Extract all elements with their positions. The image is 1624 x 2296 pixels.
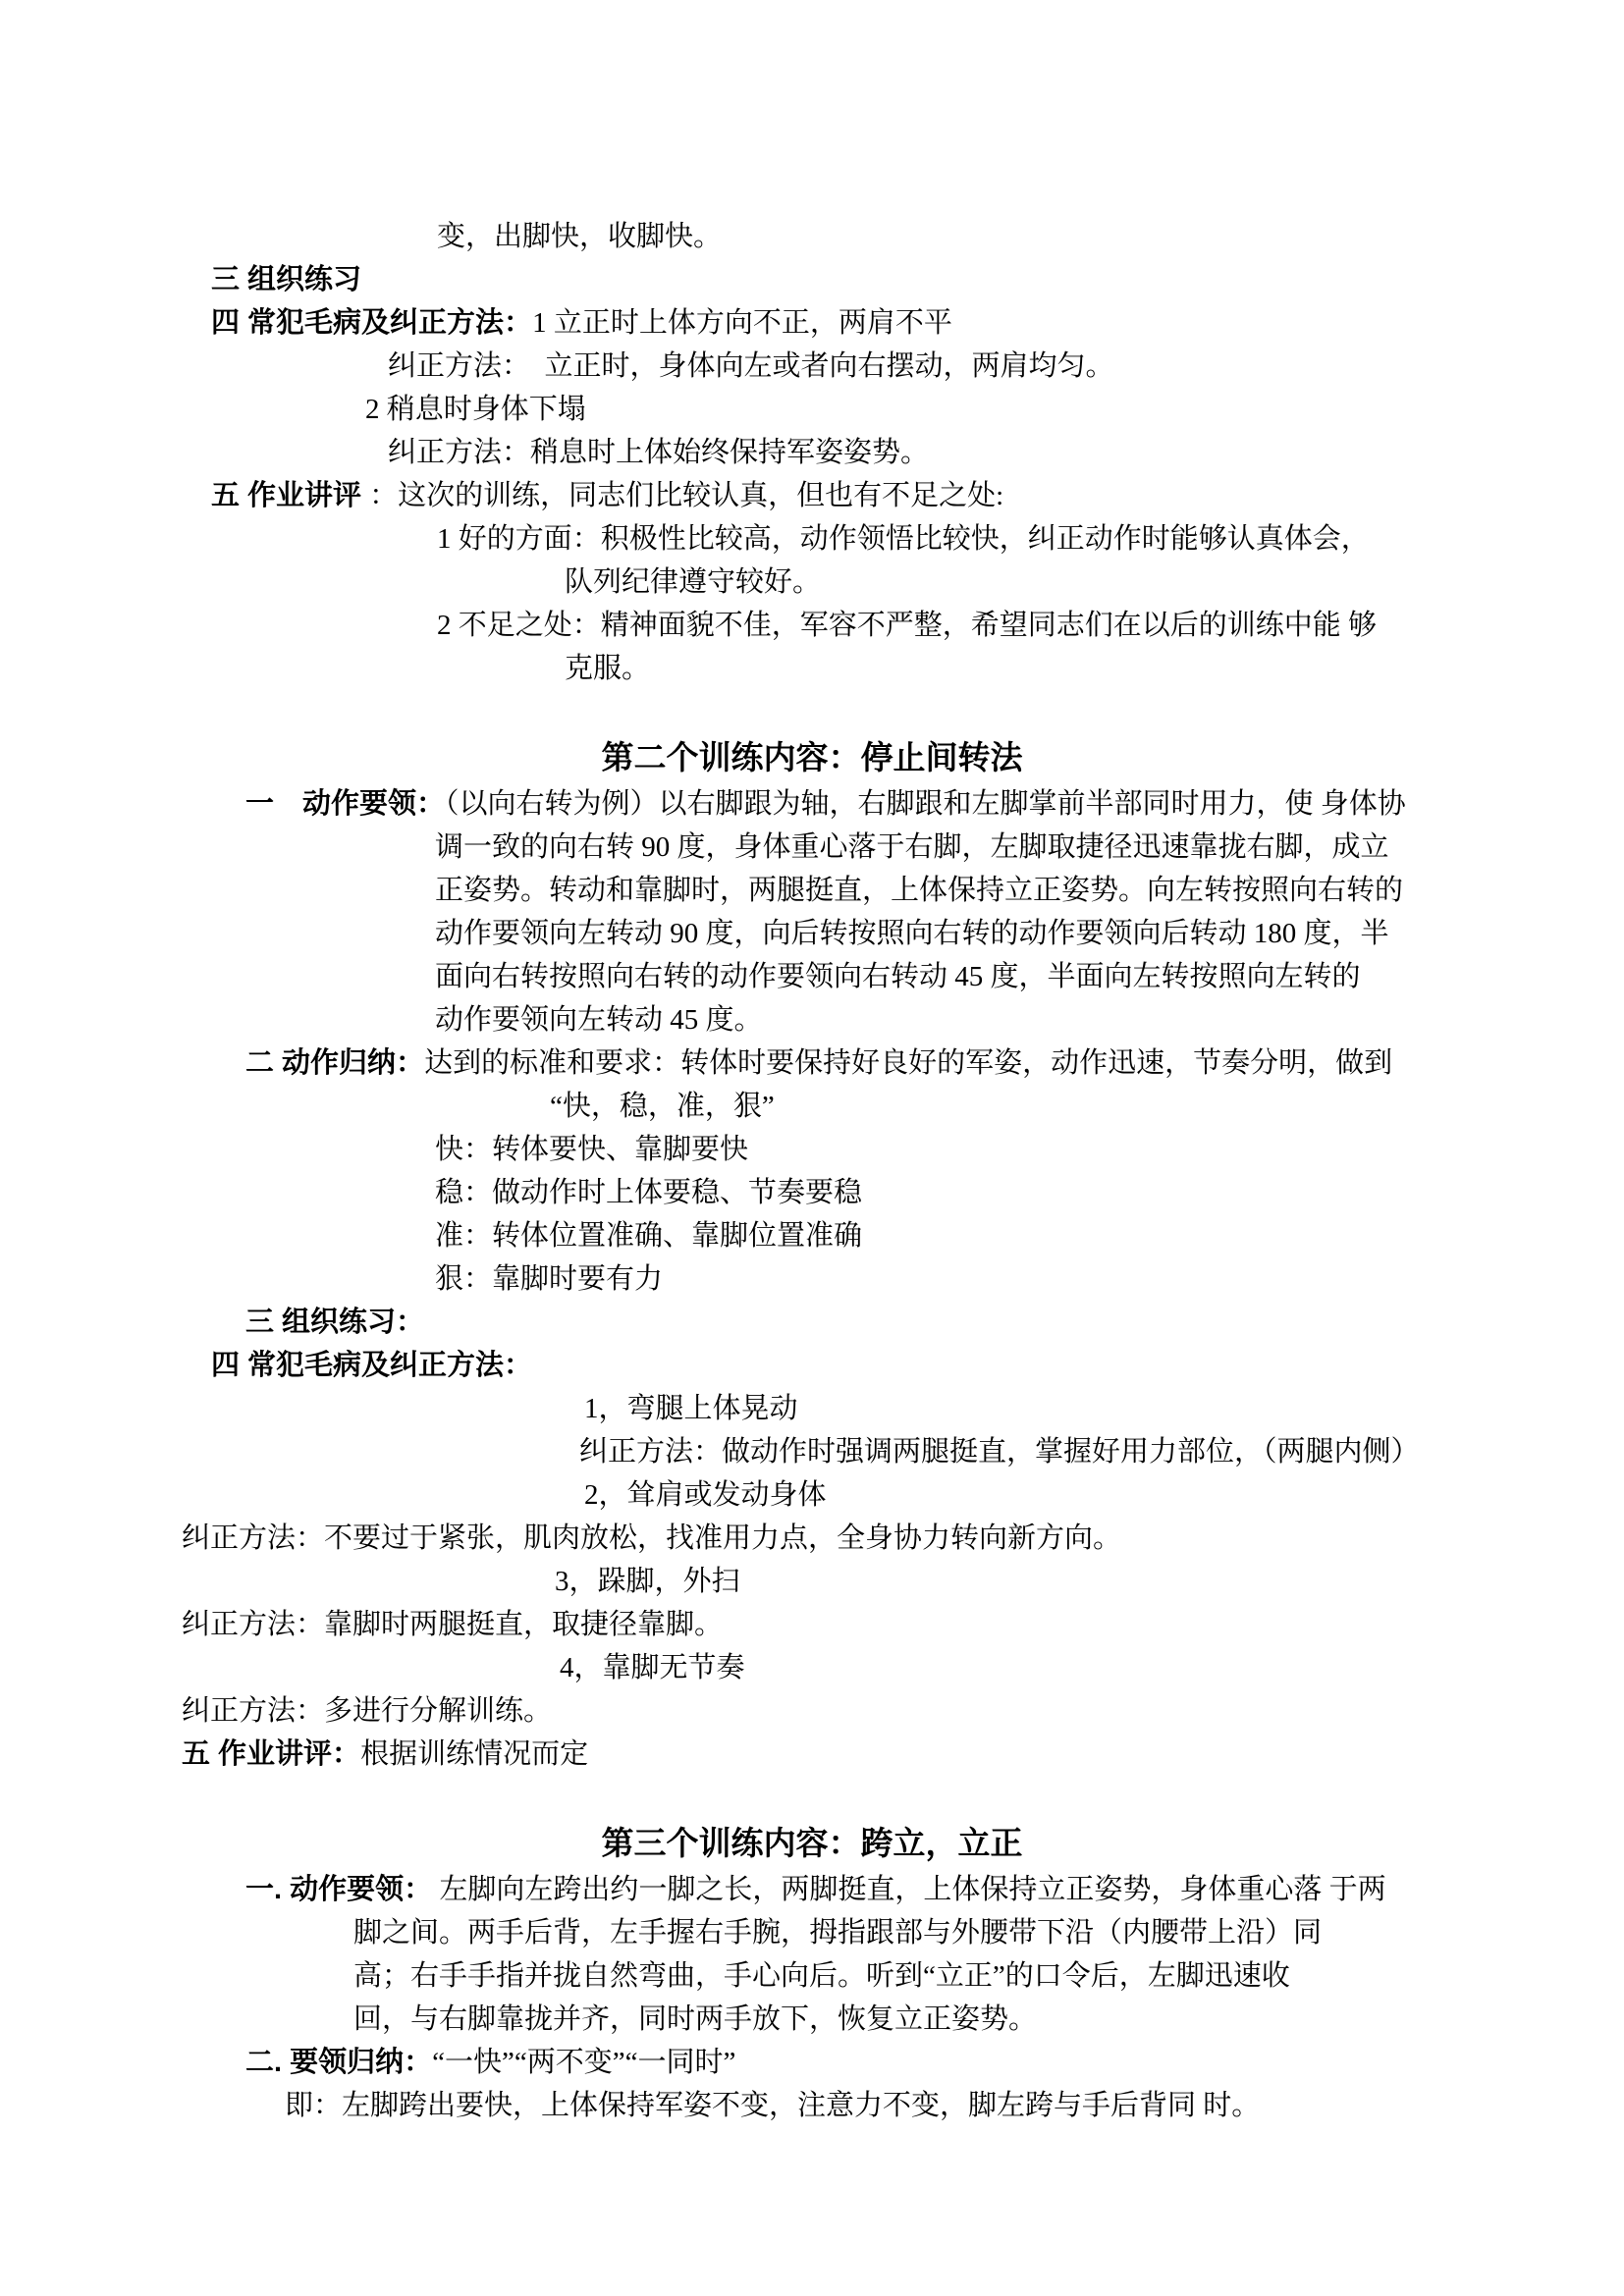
text-line: 回，与右脚靠拢并齐，同时两手放下，恢复立正姿势。 xyxy=(353,1998,1624,2041)
text-line: 即：左脚跨出要快，上体保持军姿不变，注意力不变，脚左跨与手后背同 时。 xyxy=(285,2084,1624,2127)
section-label-line: 一. 动作要领： 左脚向左跨出约一脚之长，两脚挺直，上体保持立正姿势，身体重心落… xyxy=(245,1868,1624,1911)
text-line: 纠正方法：靠脚时两腿挺直，取捷径靠脚。 xyxy=(182,1603,1624,1646)
section-label-line: 一 动作要领：（以向右转为例）以右脚跟为轴，右脚跟和左脚掌前半部同时用力，使 身… xyxy=(245,782,1624,826)
section-label-line: 三 组织练习： xyxy=(245,1301,1624,1344)
text-line: 纠正方法：不要过于紧张，肌肉放松，找准用力点，全身协力转向新方向。 xyxy=(182,1517,1624,1560)
text-line: 2 不足之处：精神面貌不佳，军容不严整，希望同志们在以后的训练中能 够 xyxy=(437,604,1624,647)
text-line: 高；右手手指并拢自然弯曲，手心向后。听到“立正”的口令后，左脚迅速收 xyxy=(353,1954,1624,1998)
section-label-line: 二 动作归纳：达到的标准和要求：转体时要保持好良好的军姿，动作迅速，节奏分明，做… xyxy=(245,1041,1624,1085)
section-heading: 第二个训练内容：停止间转法 xyxy=(0,733,1624,782)
text-line: 稳：做动作时上体要稳、节奏要稳 xyxy=(435,1171,1624,1214)
text-line: 纠正方法：稍息时上体始终保持军姿姿势。 xyxy=(388,431,1624,474)
text-line: 2 稍息时身体下塌 xyxy=(365,388,1624,431)
text-line: 调一致的向右转 90 度，身体重心落于右脚，左脚取捷径迅速靠拢右脚，成立 xyxy=(435,826,1624,869)
text-line: 动作要领向左转动 45 度。 xyxy=(435,998,1624,1041)
section-label-line: 三 组织练习 xyxy=(211,258,1624,301)
text-line: 1，弯腿上体晃动 xyxy=(584,1387,1624,1430)
text-line: 4，靠脚无节奏 xyxy=(560,1646,1624,1689)
document-content: 变，出脚快，收脚快。 三 组织练习 四 常犯毛病及纠正方法：1 立正时上体方向不… xyxy=(0,0,1624,2127)
text-line: 正姿势。转动和靠脚时，两腿挺直，上体保持立正姿势。向左转按照向右转的 xyxy=(435,869,1624,912)
text-line: 克服。 xyxy=(565,647,1624,690)
text-line: 狠：靠脚时要有力 xyxy=(435,1257,1624,1301)
text-line: 纠正方法： 立正时，身体向左或者向右摆动，两肩均匀。 xyxy=(388,345,1624,388)
section-heading: 第三个训练内容：跨立，立正 xyxy=(0,1819,1624,1868)
section-label-line: 五 作业讲评：根据训练情况而定 xyxy=(182,1733,1624,1776)
text-line: 变，出脚快，收脚快。 xyxy=(437,215,1624,258)
text-line: 3，跺脚，外扫 xyxy=(555,1560,1624,1603)
text-line: “快，稳，准，狠” xyxy=(550,1085,1624,1128)
section-label-line: 四 常犯毛病及纠正方法： xyxy=(211,1344,1624,1387)
text-line: 纠正方法：做动作时强调两腿挺直，掌握好用力部位，（两腿内侧） xyxy=(579,1430,1624,1473)
text-line: 队列纪律遵守较好。 xyxy=(565,561,1624,604)
text-line: 面向右转按照向右转的动作要领向右转动 45 度，半面向左转按照向左转的 xyxy=(435,955,1624,998)
section-label-line: 四 常犯毛病及纠正方法：1 立正时上体方向不正，两肩不平 xyxy=(211,301,1624,345)
text-line: 纠正方法：多进行分解训练。 xyxy=(182,1689,1624,1733)
section-label-line: 二. 要领归纳：“一快”“两不变”“一同时” xyxy=(245,2041,1624,2084)
text-line: 脚之间。两手后背，左手握右手腕，拇指跟部与外腰带下沿（内腰带上沿）同 xyxy=(353,1911,1624,1954)
text-line: 准：转体位置准确、靠脚位置准确 xyxy=(435,1214,1624,1257)
text-line: 动作要领向左转动 90 度，向后转按照向右转的动作要领向后转动 180 度，半 xyxy=(435,912,1624,955)
document-page: 变，出脚快，收脚快。 三 组织练习 四 常犯毛病及纠正方法：1 立正时上体方向不… xyxy=(0,0,1624,2296)
text-line: 快：转体要快、靠脚要快 xyxy=(435,1128,1624,1171)
section-label-line: 五 作业讲评 ：这次的训练，同志们比较认真，但也有不足之处: xyxy=(211,474,1624,517)
text-line: 1 好的方面：积极性比较高，动作领悟比较快，纠正动作时能够认真体会， xyxy=(437,517,1624,561)
text-line: 2，耸肩或发动身体 xyxy=(584,1473,1624,1517)
